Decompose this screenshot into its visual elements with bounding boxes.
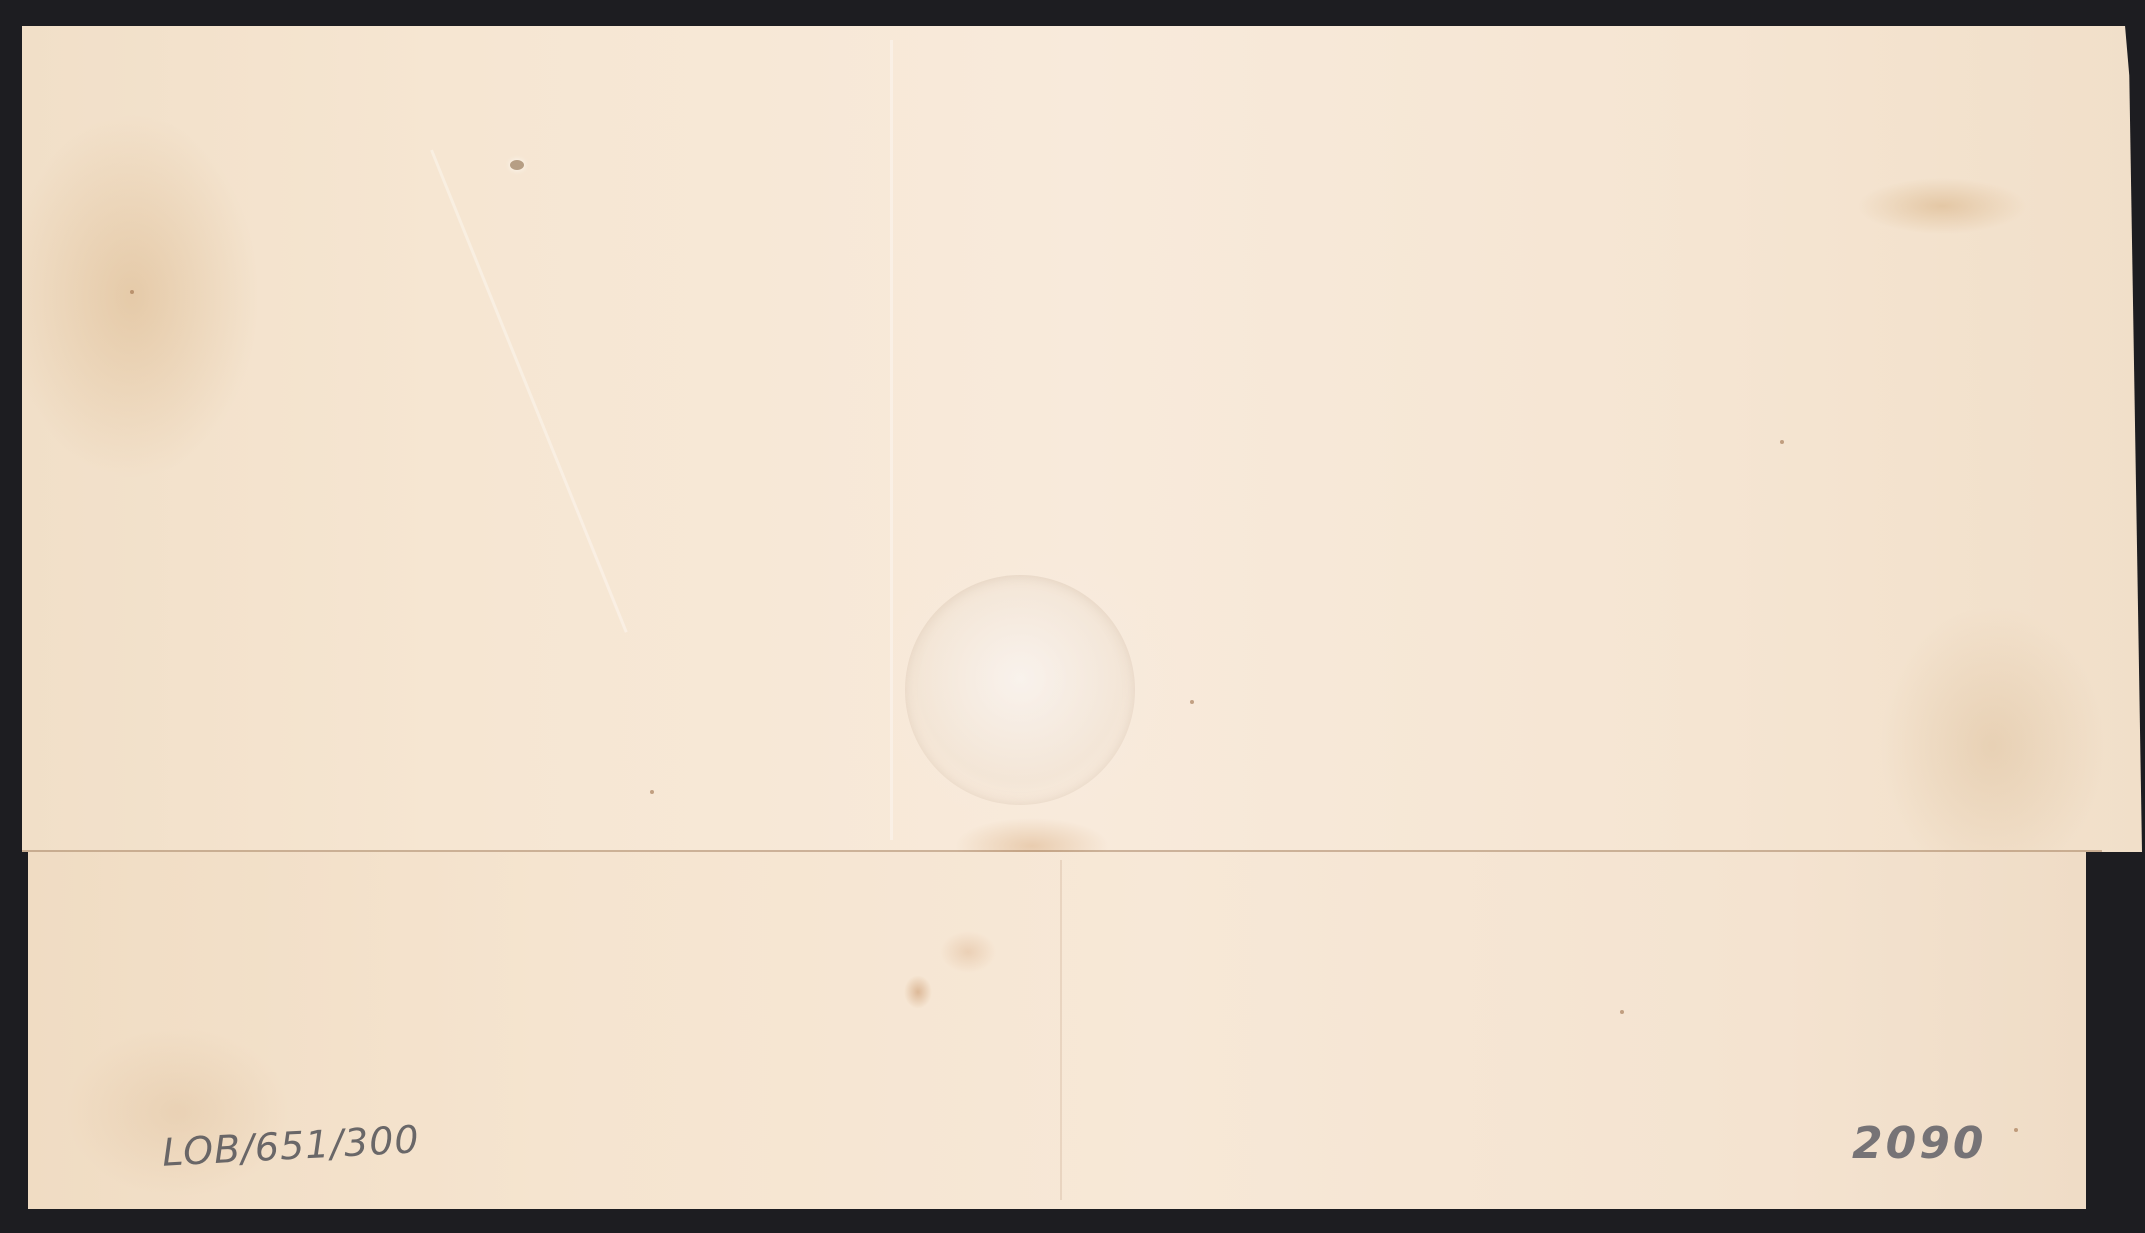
foxing-spot <box>1620 1010 1624 1014</box>
foxing-spot <box>1780 440 1784 444</box>
foxing-spot <box>1190 700 1194 704</box>
photo-stage: LOB/651/300 2090 <box>0 0 2145 1233</box>
wax-seal-impression <box>905 575 1135 805</box>
pencil-annotation-number: 2090 <box>1852 1118 1986 1169</box>
fold-line <box>22 850 2102 852</box>
foxing-spot <box>2014 1128 2018 1132</box>
foxing-spot <box>130 290 134 294</box>
foxing-spot <box>650 790 654 794</box>
paper-crease <box>890 40 893 840</box>
paper-crease <box>1060 860 1062 1200</box>
pin-hole <box>510 160 524 170</box>
